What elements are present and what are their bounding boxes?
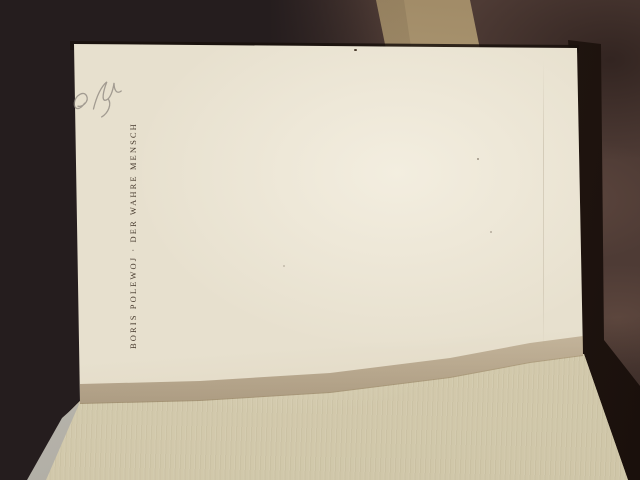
- pencil-inscription: [65, 70, 135, 126]
- paper-speck: [490, 231, 492, 233]
- paper-speck: [283, 265, 285, 267]
- book-photo: BORIS POLEWOJ · DER WAHRE MENSCH: [0, 0, 640, 480]
- page-show-through-line: [543, 60, 544, 350]
- paper-speck: [354, 49, 357, 51]
- half-title-text: BORIS POLEWOJ · DER WAHRE MENSCH: [128, 122, 138, 349]
- paper-speck: [477, 158, 479, 160]
